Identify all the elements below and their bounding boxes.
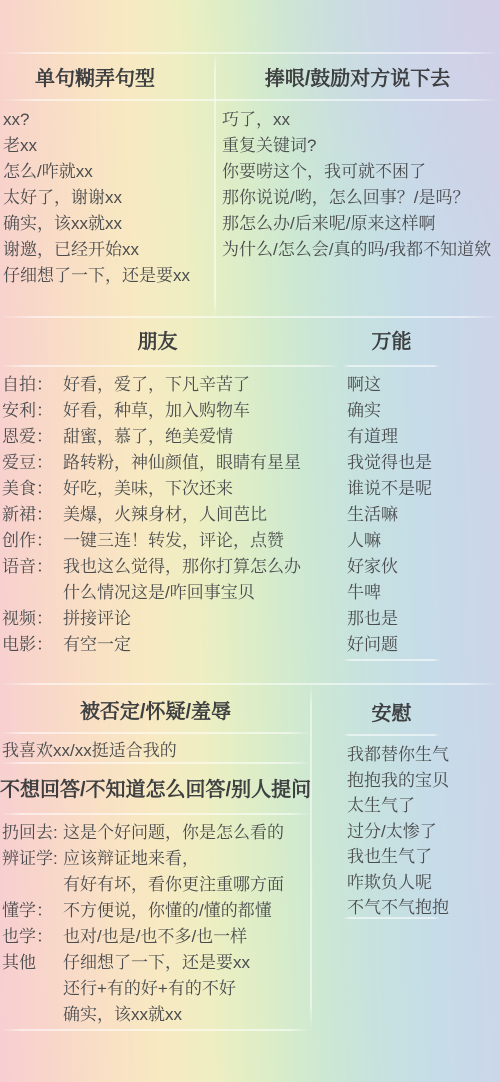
phrase-item: 重复关键词? bbox=[222, 133, 498, 159]
phrase-label: 辨证学: bbox=[2, 846, 63, 872]
phrase-text: 甜蜜，慕了，绝美爱情 bbox=[63, 424, 233, 450]
phrase-label: 恩爱： bbox=[2, 424, 63, 450]
divider-under-noanswer-header bbox=[0, 813, 311, 815]
phrase-item: 那也是 bbox=[347, 606, 497, 632]
phrase-row: 什么情况这是/咋回事宝贝 bbox=[2, 580, 340, 606]
section-title-friends: 朋友 bbox=[0, 325, 315, 359]
divider-section2-top bbox=[0, 316, 500, 318]
phrase-row: 电影： 有空一定 bbox=[2, 632, 340, 658]
phrase-item: 我觉得也是 bbox=[347, 450, 497, 476]
phrase-label: 电影： bbox=[2, 632, 63, 658]
phrase-item: 确实，该xx就xx bbox=[3, 211, 213, 237]
phrase-label: 安利： bbox=[2, 398, 63, 424]
phrase-item: 啊这 bbox=[347, 372, 497, 398]
phrase-row: 确实，该xx就xx bbox=[2, 1002, 312, 1028]
phrase-item: 有道理 bbox=[347, 424, 497, 450]
section-title-fooling: 单句糊弄句型 bbox=[0, 62, 190, 96]
phrase-text: 我也这么觉得，那你打算怎么办 bbox=[63, 554, 301, 580]
phrase-row: 安利： 好看，种草，加入购物车 bbox=[2, 398, 340, 424]
hunong-cheatsheet: { "meta": { "colors": { "text": "#4a4c4e… bbox=[0, 0, 500, 1082]
phrase-label: 其他 bbox=[2, 950, 63, 976]
phrase-item: 太好了，谢谢xx bbox=[3, 185, 213, 211]
section-title-denied: 被否定/怀疑/羞辱 bbox=[0, 695, 311, 729]
phrase-row: 视频： 拼接评论 bbox=[2, 606, 340, 632]
section-title-comfort: 安慰 bbox=[343, 697, 440, 731]
phrase-label bbox=[2, 1002, 63, 1028]
section-title-encourage: 捧哏/鼓励对方说下去 bbox=[215, 62, 500, 96]
phrase-text: 有空一定 bbox=[63, 632, 131, 658]
phrase-item: 巧了，xx bbox=[222, 107, 498, 133]
phrase-label: 创作： bbox=[2, 528, 63, 554]
divider-bottom bbox=[0, 1029, 311, 1031]
phrase-row: 创作： 一键三连！转发，评论，点赞 bbox=[2, 528, 340, 554]
phrase-text: 好吃，美味，下次还来 bbox=[63, 476, 233, 502]
phrase-item: 好问题 bbox=[347, 632, 497, 658]
divider-under-comfort-header bbox=[343, 734, 440, 736]
phrase-item: 我都替你生气 bbox=[347, 742, 497, 768]
phrase-label: 懂学： bbox=[2, 898, 63, 924]
phrase-item: 那怎么办/后来呢/原来这样啊 bbox=[222, 211, 498, 237]
divider-under-friends-header bbox=[0, 365, 340, 367]
phrase-text: 好看，爱了，下凡辛苦了 bbox=[63, 372, 250, 398]
universal-phrase-list: 啊这确实有道理我觉得也是谁说不是呢生活嘛人嘛好家伙牛啤那也是好问题 bbox=[347, 372, 497, 658]
phrase-text: 仔细想了一下，还是要xx bbox=[63, 950, 250, 976]
phrase-text: 也对/也是/也不多/也一样 bbox=[63, 924, 247, 950]
phrase-row: 自拍： 好看，爱了，下凡辛苦了 bbox=[2, 372, 340, 398]
phrase-text: 有好有坏，看你更注重哪方面 bbox=[63, 872, 284, 898]
divider-under-universal-header bbox=[343, 365, 440, 367]
phrase-text: 什么情况这是/咋回事宝贝 bbox=[63, 580, 255, 606]
phrase-text: 确实，该xx就xx bbox=[63, 1002, 182, 1028]
phrase-item: 老xx bbox=[3, 133, 213, 159]
denied-phrase-list: 我喜欢xx/xx挺适合我的 bbox=[2, 738, 310, 764]
phrase-text: 路转粉，神仙颜值，眼睛有星星 bbox=[63, 450, 301, 476]
section-title-noanswer: 不想回答/不知道怎么回答/别人提问 bbox=[0, 773, 311, 807]
friends-phrase-rows: 自拍： 好看，爱了，下凡辛苦了 安利： 好看，种草，加入购物车 恩爱： 甜蜜，慕… bbox=[2, 372, 340, 658]
divider-under-top-headers bbox=[0, 99, 500, 101]
phrase-label: 视频： bbox=[2, 606, 63, 632]
phrase-row: 还行+有的好+有的不好 bbox=[2, 976, 312, 1002]
phrase-row: 语音： 我也这么觉得，那你打算怎么办 bbox=[2, 554, 340, 580]
phrase-label: 自拍： bbox=[2, 372, 63, 398]
phrase-row: 美食： 好吃，美味，下次还来 bbox=[2, 476, 340, 502]
phrase-label: 也学： bbox=[2, 924, 63, 950]
phrase-row: 爱豆： 路转粉，神仙颜值，眼睛有星星 bbox=[2, 450, 340, 476]
phrase-row: 恩爱： 甜蜜，慕了，绝美爱情 bbox=[2, 424, 340, 450]
divider-section3-top bbox=[0, 683, 500, 685]
phrase-item: 咋欺负人呢 bbox=[347, 870, 497, 896]
phrase-item: 你要唠这个，我可就不困了 bbox=[222, 159, 498, 185]
phrase-text: 拼接评论 bbox=[63, 606, 131, 632]
phrase-label: 新裙： bbox=[2, 502, 63, 528]
phrase-item: 人嘛 bbox=[347, 528, 497, 554]
phrase-text: 应该辩证地来看， bbox=[63, 846, 199, 872]
phrase-row: 新裙： 美爆，火辣身材，人间芭比 bbox=[2, 502, 340, 528]
divider-top bbox=[0, 52, 500, 54]
phrase-item: 确实 bbox=[347, 398, 497, 424]
phrase-item: 谢邀，已经开始xx bbox=[3, 237, 213, 263]
phrase-item: 我喜欢xx/xx挺适合我的 bbox=[2, 738, 310, 764]
phrase-row: 辨证学: 应该辩证地来看， bbox=[2, 846, 312, 872]
phrase-text: 好看，种草，加入购物车 bbox=[63, 398, 250, 424]
phrase-label: 扔回去: bbox=[2, 820, 63, 846]
phrase-item: 好家伙 bbox=[347, 554, 497, 580]
phrase-label: 美食： bbox=[2, 476, 63, 502]
phrase-text: 不方便说，你懂的/懂的都懂 bbox=[63, 898, 272, 924]
divider-universal-bottom bbox=[343, 659, 440, 661]
phrase-text: 还行+有的好+有的不好 bbox=[63, 976, 236, 1002]
phrase-item: 我也生气了 bbox=[347, 844, 497, 870]
phrase-item: 不气不气抱抱 bbox=[347, 895, 497, 921]
noanswer-phrase-rows: 扔回去: 这是个好问题，你是怎么看的 辨证学: 应该辩证地来看， 有好有坏，看你… bbox=[2, 820, 312, 1028]
phrase-row: 懂学： 不方便说，你懂的/懂的都懂 bbox=[2, 898, 312, 924]
phrase-text: 一键三连！转发，评论，点赞 bbox=[63, 528, 284, 554]
phrase-label bbox=[2, 872, 63, 898]
phrase-item: 生活嘛 bbox=[347, 502, 497, 528]
phrase-row: 扔回去: 这是个好问题，你是怎么看的 bbox=[2, 820, 312, 846]
phrase-item: 抱抱我的宝贝 bbox=[347, 768, 497, 794]
phrase-row: 也学： 也对/也是/也不多/也一样 bbox=[2, 924, 312, 950]
phrase-item: 为什么/怎么会/真的吗/我都不知道欸 bbox=[222, 237, 498, 263]
phrase-item: 怎么/咋就xx bbox=[3, 159, 213, 185]
phrase-item: 太生气了 bbox=[347, 793, 497, 819]
phrase-item: 仔细想了一下，还是要xx bbox=[3, 263, 213, 289]
comfort-phrase-list: 我都替你生气抱抱我的宝贝太生气了过分/太惨了我也生气了咋欺负人呢不气不气抱抱 bbox=[347, 742, 497, 921]
phrase-item: xx? bbox=[3, 107, 213, 133]
phrase-item: 过分/太惨了 bbox=[347, 819, 497, 845]
phrase-label bbox=[2, 976, 63, 1002]
phrase-row: 其他 仔细想了一下，还是要xx bbox=[2, 950, 312, 976]
section-title-universal: 万能 bbox=[343, 325, 440, 359]
fooling-phrase-list: xx?老xx怎么/咋就xx太好了，谢谢xx确实，该xx就xx谢邀，已经开始xx仔… bbox=[3, 107, 213, 289]
phrase-label: 爱豆： bbox=[2, 450, 63, 476]
phrase-item: 谁说不是呢 bbox=[347, 476, 497, 502]
phrase-text: 美爆，火辣身材，人间芭比 bbox=[63, 502, 267, 528]
phrase-label: 语音： bbox=[2, 554, 63, 580]
phrase-text: 这是个好问题，你是怎么看的 bbox=[63, 820, 284, 846]
encourage-phrase-list: 巧了，xx重复关键词?你要唠这个，我可就不困了那你说说/哟，怎么回事？/是吗？那… bbox=[222, 107, 498, 263]
phrase-item: 那你说说/哟，怎么回事？/是吗？ bbox=[222, 185, 498, 211]
divider-under-denied-header bbox=[0, 732, 311, 734]
phrase-row: 有好有坏，看你更注重哪方面 bbox=[2, 872, 312, 898]
phrase-label bbox=[2, 580, 63, 606]
phrase-item: 牛啤 bbox=[347, 580, 497, 606]
